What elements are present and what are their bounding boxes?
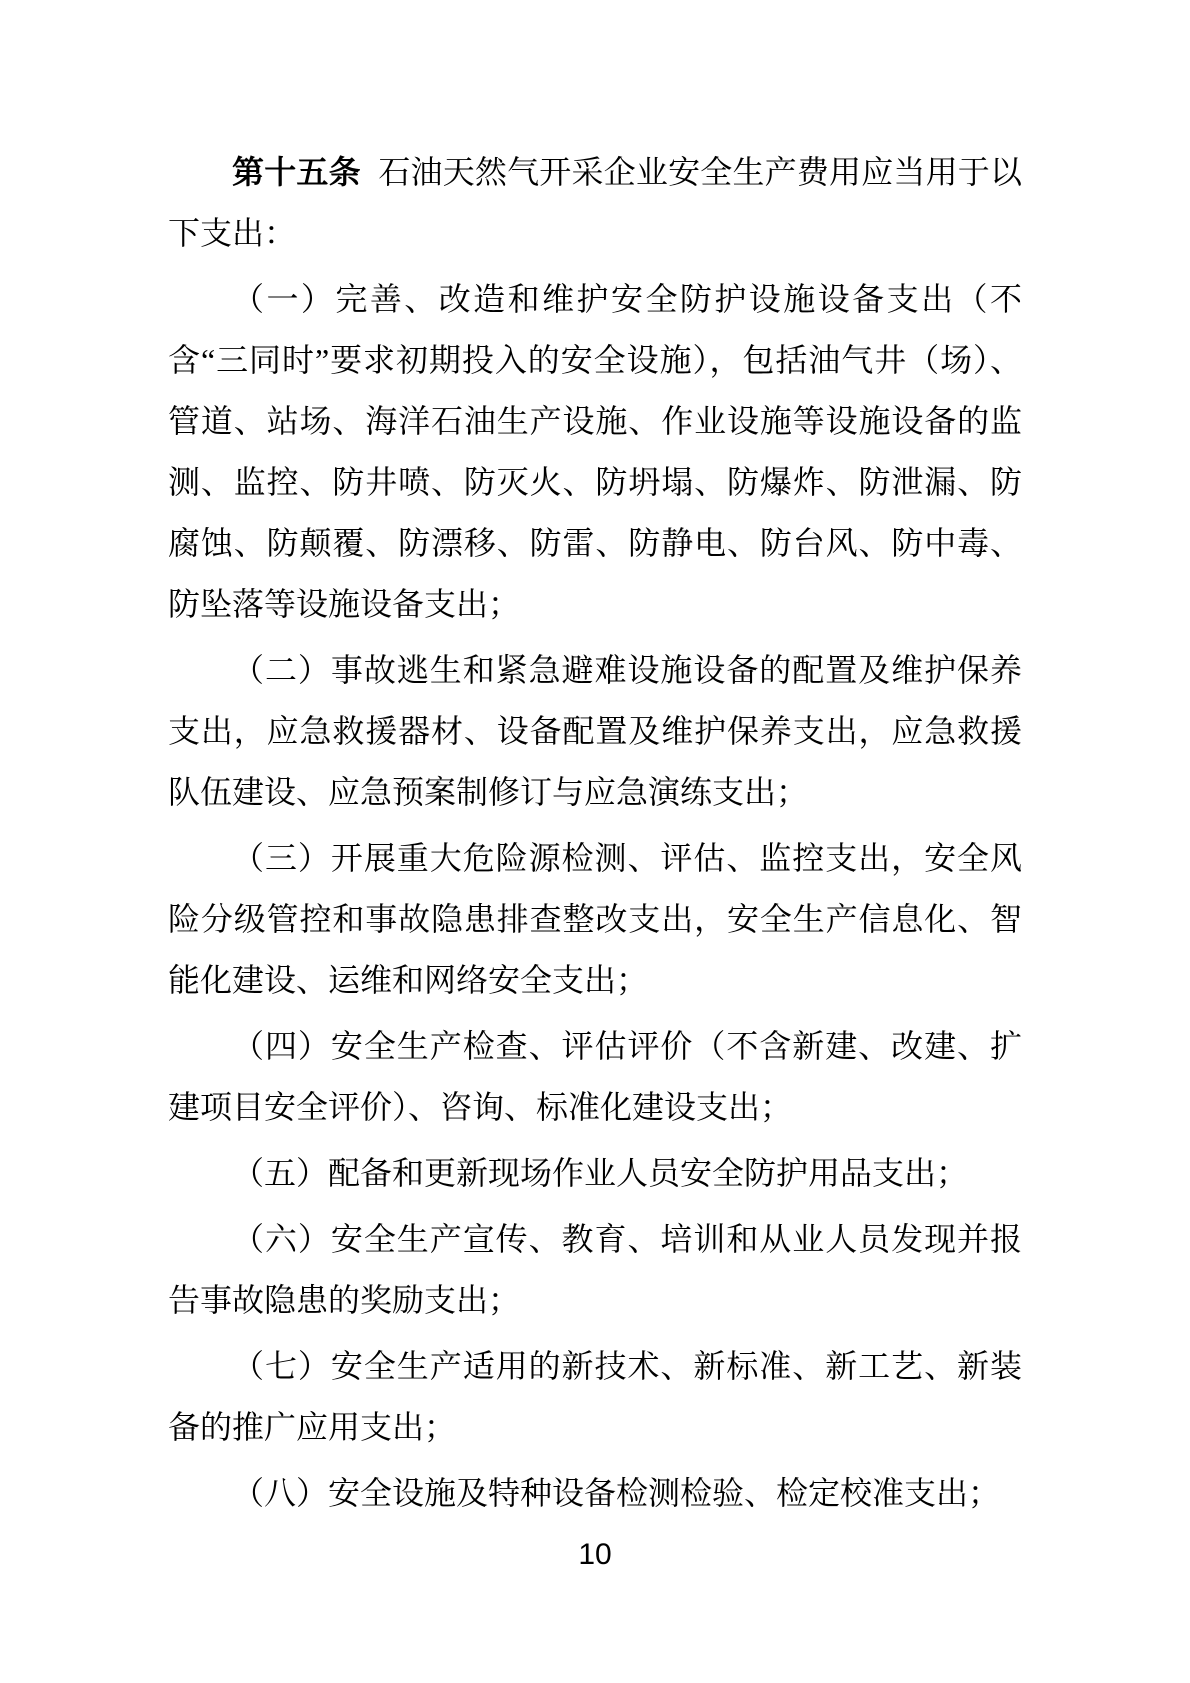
clause-item-3: （三）开展重大危险源检测、评估、监控支出，安全风险分级管控和事故隐患排查整改支出… (168, 828, 1022, 1011)
clause-item-6: （六）安全生产宣传、教育、培训和从业人员发现并报告事故隐患的奖励支出； (168, 1209, 1022, 1331)
clause-item-5: （五）配备和更新现场作业人员安全防护用品支出； (168, 1143, 1022, 1204)
article-lead-paragraph: 第十五条石油天然气开采企业安全生产费用应当用于以下支出： (168, 142, 1022, 264)
clause-item-2: （二）事故逃生和紧急避难设施设备的配置及维护保养支出，应急救援器材、设备配置及维… (168, 640, 1022, 823)
clause-item-8: （八）安全设施及特种设备检测检验、检定校准支出； (168, 1463, 1022, 1524)
document-body: 第十五条石油天然气开采企业安全生产费用应当用于以下支出： （一）完善、改造和维护… (168, 142, 1022, 1529)
clause-item-7: （七）安全生产适用的新技术、新标准、新工艺、新装备的推广应用支出； (168, 1336, 1022, 1458)
page-number: 10 (0, 1538, 1190, 1572)
clause-item-4: （四）安全生产检查、评估评价（不含新建、改建、扩建项目安全评价）、咨询、标准化建… (168, 1016, 1022, 1138)
clause-item-1: （一）完善、改造和维护安全防护设施设备支出（不含“三同时”要求初期投入的安全设施… (168, 269, 1022, 635)
document-page: 第十五条石油天然气开采企业安全生产费用应当用于以下支出： （一）完善、改造和维护… (0, 0, 1190, 1683)
article-number: 第十五条 (232, 154, 361, 190)
